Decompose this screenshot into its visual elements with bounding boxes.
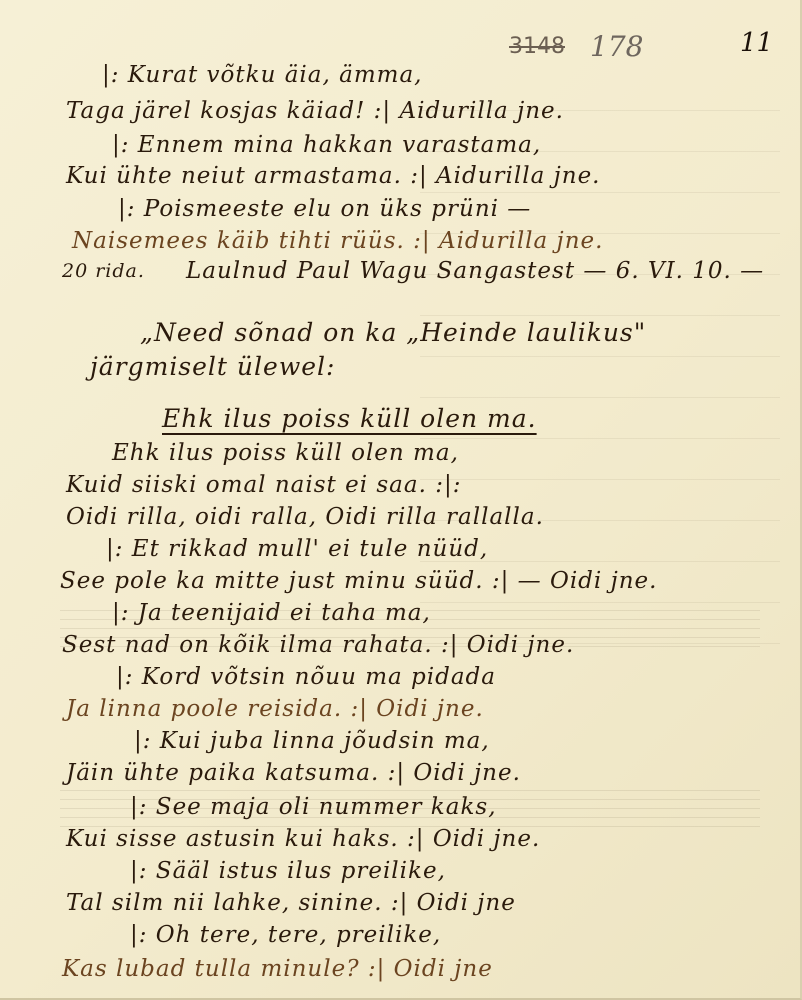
page-number: 11: [740, 28, 773, 58]
verse-line: |: Ennem mina hakkan varastama,: [112, 132, 541, 158]
verse-line: Taga järel kosjas käiad! :| Aidurilla jn…: [66, 98, 564, 124]
verse-line: Oidi rilla, oidi ralla, Oidi rilla ralla…: [66, 504, 544, 530]
singer-info: Laulnud Paul Wagu Sangastest — 6. VI. 10…: [186, 258, 764, 284]
verse-line: Jäin ühte paika katsuma. :| Oidi jne.: [66, 760, 521, 786]
verse-line: |: Kord võtsin nõuu ma pidada: [116, 664, 496, 690]
verse-line: |: Ja teenijaid ei taha ma,: [112, 600, 431, 626]
verse-line: Kuid siiski omal naist ei saa. :|:: [66, 472, 461, 498]
line-count: 20 rida.: [62, 260, 145, 282]
verse-line: |: Oh tere, tere, preilike,: [130, 922, 441, 948]
verse-line: Ja linna poole reisida. :| Oidi jne.: [66, 696, 484, 722]
verse-line: |: Poismeeste elu on üks prüni —: [118, 196, 531, 222]
verse-line: Kui sisse astusin kui haks. :| Oidi jne.: [66, 826, 540, 852]
verse-line: |: Kurat võtku äia, ämma,: [102, 62, 422, 88]
verse-line: |: See maja oli nummer kaks,: [130, 794, 497, 820]
archive-number: 178: [590, 30, 643, 63]
archive-number-struck: 3148: [509, 34, 565, 59]
verse-line: Kui ühte neiut armastama. :| Aidurilla j…: [66, 163, 601, 189]
verse-line: |: Kui juba linna jõudsin ma,: [134, 728, 490, 754]
verse-line: |: Sääl istus ilus preilike,: [130, 858, 446, 884]
song-title: Ehk ilus poiss küll olen ma.: [162, 404, 537, 433]
verse-line: Sest nad on kõik ilma rahata. :| Oidi jn…: [62, 632, 574, 658]
verse-line: Naisemees käib tihti rüüs. :| Aidurilla …: [72, 228, 603, 254]
verse-line: |: Et rikkad mull' ei tule nüüd,: [106, 536, 488, 562]
verse-line: Kas lubad tulla minule? :| Oidi jne: [62, 956, 493, 982]
note-line: järgmiselt ülewel:: [90, 352, 335, 381]
verse-line: Ehk ilus poiss küll olen ma,: [112, 440, 459, 466]
note-line: „Need sõnad on ka „Heinde laulikus": [140, 318, 646, 347]
manuscript-page: 3148 178 11 |: Kurat võtku äia, ämma, Ta…: [0, 0, 802, 1000]
verse-line: Tal silm nii lahke, sinine. :| Oidi jne: [66, 890, 516, 916]
verse-line: See pole ka mitte just minu süüd. :| — O…: [60, 568, 657, 594]
